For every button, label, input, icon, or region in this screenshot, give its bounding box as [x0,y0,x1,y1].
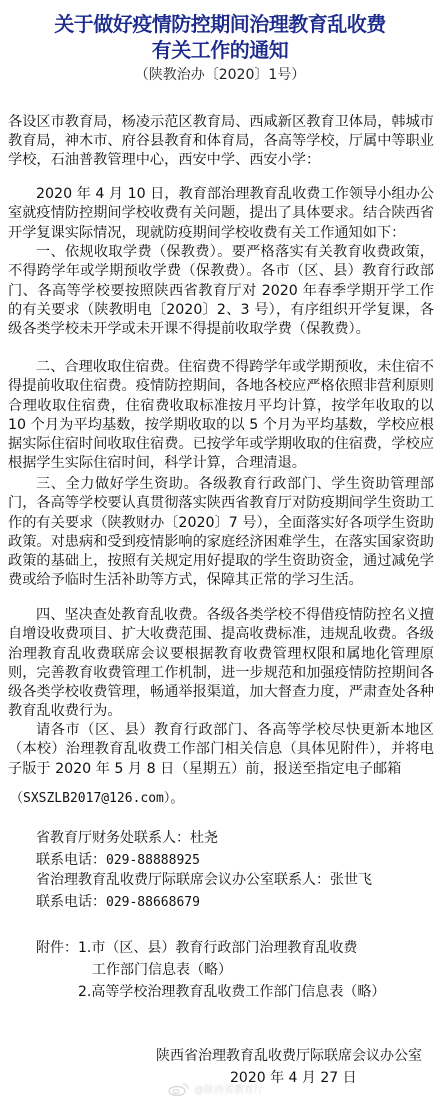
document-title-line1: 关于做好疫情防控期间治理教育乱收费 [0,8,440,37]
contact-1-phone: 联系电话：029-88888925 [36,850,200,871]
submission-email: （SXSZLB2017@126.com）。 [10,787,183,806]
request-paragraph: 请各市（区、县）教育行政部门、各高等学校尽快更新本地区（本校）治理教育乱收费工作… [8,721,434,779]
contact-1-name: 杜尧 [190,830,218,846]
phone-label: 联系电话： [36,894,106,910]
attachment-1: 附件：1.市（区、县）教育行政部门治理教育乱收费 [36,938,357,958]
intro-paragraph: 2020 年 4 月 10 日，教育部治理教育乱收费工作领导小组办公室就疫情防控… [8,185,434,243]
watermark: @陕西省教育厅 [168,1081,264,1096]
weibo-icon [168,1082,190,1096]
section-3-student-aid: 三、全力做好学生资助。各级教育行政部门、学生资助管理部门，各高等学校要认真贯彻落… [8,475,434,590]
contact-2-label: 省治理教育乱收费厅际联席会议办公室联系人： [36,872,330,888]
section-4-enforcement: 四、坚决查处教育乱收费。各级各类学校不得借疫情防控名义擅自增设收费项目、扩大收费… [8,606,434,721]
attachment-1-line1: 1.市（区、县）教育行政部门治理教育乱收费 [78,940,357,956]
section-1-tuition: 一、依规收取学费（保教费）。要严格落实有关教育收费政策，不得跨学年或学期预收学费… [8,243,434,339]
contact-2-phone: 联系电话：029-88668679 [36,892,200,913]
phone-number: 029-88668679 [106,895,200,910]
document-number: （陕教治办〔2020〕1号） [0,64,440,84]
phone-label: 联系电话： [36,852,106,868]
contact-1-label: 省教育厅财务处联系人： [36,830,190,846]
phone-number: 029-88888925 [106,853,200,868]
attachment-2: 2.高等学校治理教育乱收费工作部门信息表（略） [78,982,385,1002]
contact-1: 省教育厅财务处联系人：杜尧 [36,828,218,848]
section-2-accommodation: 二、合理收取住宿费。住宿费不得跨学年或学期预收，未住宿不得提前收取住宿费。疫情防… [8,358,434,473]
signature-issuer: 陕西省治理教育乱收费厅际联席会议办公室 [152,1045,422,1065]
attachments-label: 附件： [36,940,78,956]
contact-2-name: 张世飞 [330,872,372,888]
addressee: 各设区市教育局，杨凌示范区教育局、西咸新区教育卫体局，韩城市教育局，神木市、府谷… [8,113,434,171]
attachment-1-line2: 工作部门信息表（略） [92,960,232,980]
watermark-text: @陕西省教育厅 [194,1081,264,1096]
contact-2: 省治理教育乱收费厅际联席会议办公室联系人：张世飞 [36,870,372,890]
document-title-line2: 有关工作的通知 [0,34,440,63]
